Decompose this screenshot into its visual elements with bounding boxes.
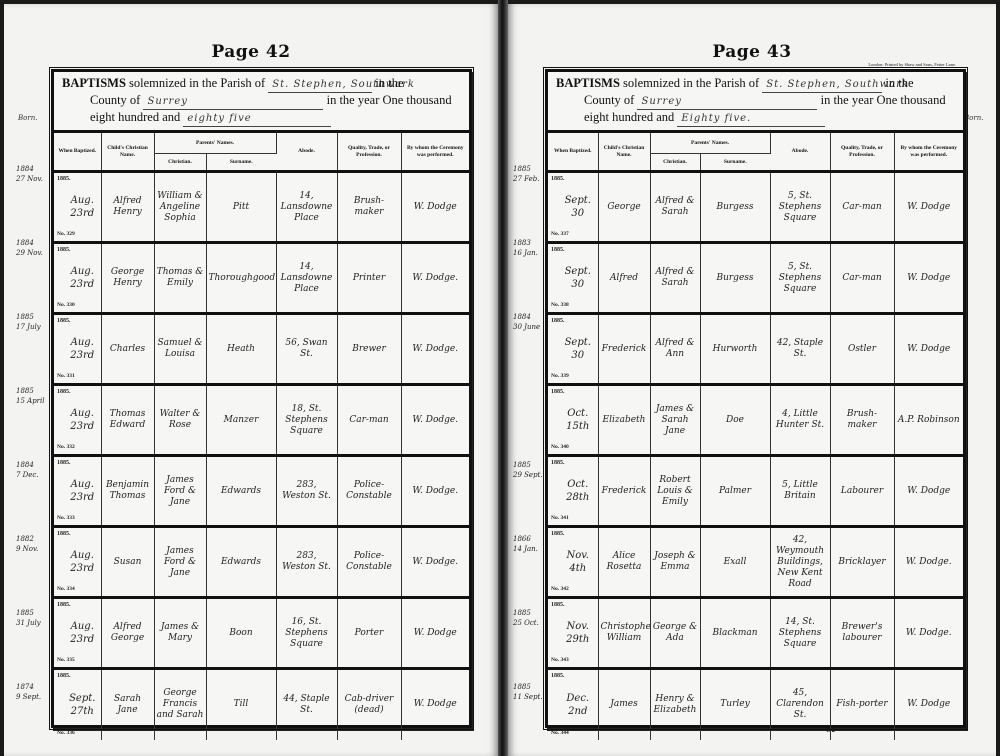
parents-surname: Heath xyxy=(206,314,276,385)
entry-year: 1885. xyxy=(551,458,565,469)
entry-number: No. 337 xyxy=(551,229,569,240)
parents-surname: Palmer xyxy=(700,456,770,527)
printer-note: London: Printed by Shaw and Sons, Fetter… xyxy=(868,62,956,67)
abode: 42, Staple St. xyxy=(770,314,830,385)
parents-surname: Boon xyxy=(206,598,276,669)
child-name: Alfred xyxy=(598,243,650,314)
when-baptized-cell: 1885.Aug. 23rdNo. 330 xyxy=(54,243,101,314)
parents-christian-names: Alfred & Ann xyxy=(650,314,700,385)
parents-surname: Blackman xyxy=(700,598,770,669)
col-parents: Parents' Names. xyxy=(650,133,770,154)
baptism-date: Aug. 23rd xyxy=(56,407,99,433)
table-row: 1885.Aug. 23rdNo. 334SusanJames Ford & J… xyxy=(54,527,469,598)
child-name: George Henry xyxy=(101,243,154,314)
entry-year: 1885. xyxy=(57,458,71,469)
baptism-register-table: BAPTISMS solemnized in the Parish of St.… xyxy=(51,69,472,728)
birth-date-note: 1882 9 Nov. xyxy=(16,534,38,554)
col-quality: Quality, Trade, or Profession. xyxy=(830,133,894,172)
entry-year: 1885. xyxy=(57,600,71,611)
birth-date-note: 1884 27 Nov. xyxy=(16,164,43,184)
year-field: eighty five xyxy=(183,112,331,127)
birth-date-note: 1885 31 July xyxy=(16,608,41,628)
officiant: W. Dodge xyxy=(894,172,963,243)
parents-christian-names: Walter & Rose xyxy=(154,385,206,456)
abode: 4, Little Hunter St. xyxy=(770,385,830,456)
table-row: 1885.Aug. 23rdNo. 330George HenryThomas … xyxy=(54,243,469,314)
entry-number: No. 339 xyxy=(551,371,569,382)
parents-christian-names: Henry & Elizabeth xyxy=(650,669,700,740)
entry-number: No. 335 xyxy=(57,655,75,666)
table-row: 1885.Aug. 23rdNo. 329Alfred HenryWilliam… xyxy=(54,172,469,243)
col-by-whom: By whom the Ceremony was performed. xyxy=(894,133,963,172)
abode: 14, St. Stephens Square xyxy=(770,598,830,669)
child-name: Sarah Jane xyxy=(101,669,154,740)
parents-christian-names: Alfred & Sarah xyxy=(650,172,700,243)
entry-number: No. 338 xyxy=(551,300,569,311)
child-name: Elizabeth xyxy=(598,385,650,456)
baptism-date: Aug. 23rd xyxy=(56,620,99,646)
trade: Brewer xyxy=(337,314,401,385)
baptism-date: Aug. 23rd xyxy=(56,265,99,291)
child-name: Susan xyxy=(101,527,154,598)
register-heading: BAPTISMS solemnized in the Parish of St.… xyxy=(548,72,963,133)
table-row: 1885.Oct. 15thNo. 340ElizabethJames & Sa… xyxy=(548,385,963,456)
when-baptized-cell: 1885.Oct. 28thNo. 341 xyxy=(548,456,598,527)
trade: Cab-driver (dead) xyxy=(337,669,401,740)
trade: Brush-maker xyxy=(830,385,894,456)
parents-christian-names: James & Mary xyxy=(154,598,206,669)
table-row: 1885.Aug. 23rdNo. 331CharlesSamuel & Lou… xyxy=(54,314,469,385)
abode: 45, Clarendon St. xyxy=(770,669,830,740)
officiant: W. Dodge xyxy=(894,314,963,385)
when-baptized-cell: 1885.Aug. 23rdNo. 329 xyxy=(54,172,101,243)
col-christian: Christian. xyxy=(650,154,700,172)
table-row: 1885.Sept. 30No. 338AlfredAlfred & Sarah… xyxy=(548,243,963,314)
child-name: Benjamin Thomas xyxy=(101,456,154,527)
col-abode: Abode. xyxy=(276,133,337,172)
entry-number: No. 333 xyxy=(57,513,75,524)
table-row: 1885.Aug. 23rdNo. 333Benjamin ThomasJame… xyxy=(54,456,469,527)
entry-year: 1885. xyxy=(57,387,71,398)
child-name: Alfred Henry xyxy=(101,172,154,243)
trade: Fish-porter xyxy=(830,669,894,740)
when-baptized-cell: 1885.Sept. 30No. 337 xyxy=(548,172,598,243)
heading-prefix: BAPTISMS xyxy=(556,76,620,90)
birth-date-note: 1885 27 Feb. xyxy=(513,164,539,184)
parents-christian-names: James Ford & Jane xyxy=(154,456,206,527)
baptism-date: Oct. 15th xyxy=(550,407,596,433)
trade: Police-Constable xyxy=(337,527,401,598)
heading-text: in the year One thousand xyxy=(821,93,946,107)
col-surname: Surname. xyxy=(206,154,276,172)
entry-year: 1885. xyxy=(551,671,565,682)
trade: Car-man xyxy=(830,243,894,314)
abode: 5, Little Britain xyxy=(770,456,830,527)
when-baptized-cell: 1885.Aug. 23rdNo. 333 xyxy=(54,456,101,527)
parents-surname: Doe xyxy=(700,385,770,456)
col-abode: Abode. xyxy=(770,133,830,172)
heading-prefix: BAPTISMS xyxy=(62,76,126,90)
county-field: Surrey xyxy=(143,95,323,110)
abode: 14, Lansdowne Place xyxy=(276,243,337,314)
officiant: W. Dodge. xyxy=(401,527,469,598)
baptism-date: Aug. 23rd xyxy=(56,194,99,220)
baptism-date: Dec. 2nd xyxy=(550,692,596,718)
table-row: 1885.Sept. 30No. 337GeorgeAlfred & Sarah… xyxy=(548,172,963,243)
parents-christian-names: James & Sarah Jane xyxy=(650,385,700,456)
entry-number: No. 332 xyxy=(57,442,75,453)
parents-christian-names: Robert Louis & Emily xyxy=(650,456,700,527)
baptism-date: Aug. 23rd xyxy=(56,336,99,362)
when-baptized-cell: 1885.Oct. 15thNo. 340 xyxy=(548,385,598,456)
birth-date-note: 1884 7 Dec. xyxy=(16,460,39,480)
birth-date-note: 1885 11 Sept. xyxy=(513,682,543,702)
col-child: Child's Christian Name. xyxy=(101,133,154,172)
baptism-date: Sept. 30 xyxy=(550,336,596,362)
trade: Police-Constable xyxy=(337,456,401,527)
table-row: 1885.Aug. 23rdNo. 332Thomas EdwardWalter… xyxy=(54,385,469,456)
baptism-date: Sept. 30 xyxy=(550,265,596,291)
col-surname: Surname. xyxy=(700,154,770,172)
when-baptized-cell: 1885.Sept. 27thNo. 336 xyxy=(54,669,101,740)
abode: 42, Weymouth Buildings, New Kent Road xyxy=(770,527,830,598)
born-label: Born. xyxy=(4,114,48,122)
officiant: W. Dodge. xyxy=(401,456,469,527)
table-row: 1885.Oct. 28thNo. 341FrederickRobert Lou… xyxy=(548,456,963,527)
parents-surname: Pitt xyxy=(206,172,276,243)
officiant: W. Dodge xyxy=(894,243,963,314)
parents-surname: Till xyxy=(206,669,276,740)
trade: Car-man xyxy=(830,172,894,243)
abode: 16, St. Stephens Square xyxy=(276,598,337,669)
officiant: W. Dodge. xyxy=(401,243,469,314)
birth-date-note: 1884 30 June xyxy=(513,312,540,332)
when-baptized-cell: 1885.Nov. 4thNo. 342 xyxy=(548,527,598,598)
parents-surname: Burgess xyxy=(700,172,770,243)
col-when: When Baptized. xyxy=(54,133,101,172)
birth-date-note: 1885 25 Oct. xyxy=(513,608,539,628)
child-name: Frederick xyxy=(598,314,650,385)
officiant: W. Dodge. xyxy=(894,527,963,598)
abode: 18, St. Stephens Square xyxy=(276,385,337,456)
officiant: W. Dodge xyxy=(401,669,469,740)
page-title: Page 42 xyxy=(4,42,498,62)
child-name: Frederick xyxy=(598,456,650,527)
parents-surname: Thoroughgood xyxy=(206,243,276,314)
child-name: Thomas Edward xyxy=(101,385,154,456)
entry-year: 1885. xyxy=(551,316,565,327)
parents-christian-names: James Ford & Jane xyxy=(154,527,206,598)
when-baptized-cell: 1885.Aug. 23rdNo. 332 xyxy=(54,385,101,456)
page-title: Page 43 xyxy=(508,42,996,62)
entry-year: 1885. xyxy=(57,671,71,682)
register-spread: Page 42 Born. 1884 27 Nov.1884 29 Nov.18… xyxy=(0,0,1000,756)
birth-date-note: 1885 29 Sept. xyxy=(513,460,543,480)
entries-table: When Baptized. Child's Christian Name. P… xyxy=(54,133,469,740)
county-field: Surrey xyxy=(637,95,817,110)
officiant: W. Dodge xyxy=(401,598,469,669)
child-name: Christopher William xyxy=(598,598,650,669)
abode: 283, Weston St. xyxy=(276,456,337,527)
col-christian: Christian. xyxy=(154,154,206,172)
when-baptized-cell: 1885.Aug. 23rdNo. 335 xyxy=(54,598,101,669)
entry-year: 1885. xyxy=(551,174,565,185)
table-row: 1885.Sept. 27thNo. 336Sarah JaneGeorge F… xyxy=(54,669,469,740)
abode: 56, Swan St. xyxy=(276,314,337,385)
when-baptized-cell: 1885.Sept. 30No. 339 xyxy=(548,314,598,385)
abode: 5, St. Stephens Square xyxy=(770,243,830,314)
entry-number: No. 334 xyxy=(57,584,75,595)
parents-surname: Turley xyxy=(700,669,770,740)
birth-date-note: 1883 16 Jan. xyxy=(513,238,538,258)
entry-year: 1885. xyxy=(551,600,565,611)
parents-christian-names: George & Ada xyxy=(650,598,700,669)
entry-number: No. 341 xyxy=(551,513,569,524)
page-42: Page 42 Born. 1884 27 Nov.1884 29 Nov.18… xyxy=(4,4,498,756)
abode: 5, St. Stephens Square xyxy=(770,172,830,243)
table-row: 1885.Nov. 29thNo. 343Christopher William… xyxy=(548,598,963,669)
child-name: James xyxy=(598,669,650,740)
table-row: 1885.Aug. 23rdNo. 335Alfred GeorgeJames … xyxy=(54,598,469,669)
heading-text: County of xyxy=(90,93,140,107)
trade: Bricklayer xyxy=(830,527,894,598)
child-name: Charles xyxy=(101,314,154,385)
entry-year: 1885. xyxy=(551,387,565,398)
col-child: Child's Christian Name. xyxy=(598,133,650,172)
col-quality: Quality, Trade, or Profession. xyxy=(337,133,401,172)
officiant: W. Dodge. xyxy=(401,385,469,456)
born-margin: Born. xyxy=(4,114,48,122)
entry-number: No. 331 xyxy=(57,371,75,382)
heading-text: eight hundred and xyxy=(584,110,674,124)
parents-christian-names: Alfred & Sarah xyxy=(650,243,700,314)
entry-year: 1885. xyxy=(57,245,71,256)
entry-year: 1885. xyxy=(551,529,565,540)
heading-text: in the xyxy=(375,76,403,90)
parents-christian-names: Samuel & Louisa xyxy=(154,314,206,385)
entry-number: No. 336 xyxy=(57,728,75,739)
parents-christian-names: Thomas & Emily xyxy=(154,243,206,314)
when-baptized-cell: 1885.Sept. 30No. 338 xyxy=(548,243,598,314)
baptism-register-table: BAPTISMS solemnized in the Parish of St.… xyxy=(545,69,966,728)
heading-text: eight hundred and xyxy=(90,110,180,124)
when-baptized-cell: 1885.Aug. 23rdNo. 331 xyxy=(54,314,101,385)
entry-number: No. 344 xyxy=(551,728,569,739)
parish-field: St. Stephen, Southwark xyxy=(268,78,372,93)
baptism-date: Oct. 28th xyxy=(550,478,596,504)
parish-field: St. Stephen, Southwark xyxy=(762,78,882,93)
trade: Printer xyxy=(337,243,401,314)
parents-surname: Hurworth xyxy=(700,314,770,385)
trade: Labourer xyxy=(830,456,894,527)
trade: Ostler xyxy=(830,314,894,385)
entries-table: When Baptized. Child's Christian Name. P… xyxy=(548,133,963,740)
trade: Car-man xyxy=(337,385,401,456)
birth-date-note: 1866 14 Jan. xyxy=(513,534,538,554)
parents-surname: Edwards xyxy=(206,527,276,598)
page-43: Page 43 London: Printed by Shaw and Sons… xyxy=(508,4,996,756)
trade: Brush-maker xyxy=(337,172,401,243)
year-field: Eighty five. xyxy=(677,112,825,127)
child-name: Alice Rosetta xyxy=(598,527,650,598)
baptism-date: Sept. 30 xyxy=(550,194,596,220)
col-parents: Parents' Names. xyxy=(154,133,276,154)
trade: Brewer's labourer xyxy=(830,598,894,669)
baptism-date: Aug. 23rd xyxy=(56,549,99,575)
abode: 283, Weston St. xyxy=(276,527,337,598)
entry-number: No. 329 xyxy=(57,229,75,240)
entry-number: No. 342 xyxy=(551,584,569,595)
table-row: 1885.Nov. 4thNo. 342Alice RosettaJoseph … xyxy=(548,527,963,598)
parents-christian-names: William & Angeline Sophia xyxy=(154,172,206,243)
birth-date-note: 1884 29 Nov. xyxy=(16,238,43,258)
abode: 14, Lansdowne Place xyxy=(276,172,337,243)
trade: Porter xyxy=(337,598,401,669)
entry-number: No. 343 xyxy=(551,655,569,666)
entry-year: 1885. xyxy=(57,174,71,185)
entry-year: 1885. xyxy=(57,316,71,327)
officiant: A.P. Robinson xyxy=(894,385,963,456)
parents-surname: Burgess xyxy=(700,243,770,314)
baptism-date: Aug. 23rd xyxy=(56,478,99,504)
officiant: W. Dodge xyxy=(401,172,469,243)
birth-date-note: 1885 17 July xyxy=(16,312,41,332)
col-when: When Baptized. xyxy=(548,133,598,172)
when-baptized-cell: 1885.Dec. 2ndNo. 344 xyxy=(548,669,598,740)
parents-surname: Manzer xyxy=(206,385,276,456)
parents-surname: Exall xyxy=(700,527,770,598)
heading-text: in the year One thousand xyxy=(327,93,452,107)
table-row: 1885.Dec. 2ndNo. 344JamesHenry & Elizabe… xyxy=(548,669,963,740)
entry-number: No. 340 xyxy=(551,442,569,453)
heading-text: in the xyxy=(885,76,913,90)
entry-year: 1885. xyxy=(551,245,565,256)
when-baptized-cell: 1885.Aug. 23rdNo. 334 xyxy=(54,527,101,598)
abode: 44, Staple St. xyxy=(276,669,337,740)
signature-mark: C 2 xyxy=(826,728,835,734)
parents-christian-names: George Francis and Sarah xyxy=(154,669,206,740)
birth-date-note: 1885 15 April xyxy=(16,386,45,406)
child-name: George xyxy=(598,172,650,243)
baptism-date: Nov. 4th xyxy=(550,549,596,575)
table-row: 1885.Sept. 30No. 339FrederickAlfred & An… xyxy=(548,314,963,385)
col-by-whom: By whom the Ceremony was performed. xyxy=(401,133,469,172)
parents-christian-names: Joseph & Emma xyxy=(650,527,700,598)
when-baptized-cell: 1885.Nov. 29thNo. 343 xyxy=(548,598,598,669)
baptism-date: Sept. 27th xyxy=(56,692,99,718)
entry-number: No. 330 xyxy=(57,300,75,311)
heading-text: solemnized in the Parish of xyxy=(129,76,265,90)
register-heading: BAPTISMS solemnized in the Parish of St.… xyxy=(54,72,469,133)
entry-year: 1885. xyxy=(57,529,71,540)
heading-text: County of xyxy=(584,93,634,107)
book-gutter xyxy=(498,0,508,756)
officiant: W. Dodge. xyxy=(401,314,469,385)
baptism-date: Nov. 29th xyxy=(550,620,596,646)
officiant: W. Dodge. xyxy=(894,598,963,669)
birth-date-note: 1874 9 Sept. xyxy=(16,682,41,702)
officiant: W. Dodge xyxy=(894,669,963,740)
child-name: Alfred George xyxy=(101,598,154,669)
parents-surname: Edwards xyxy=(206,456,276,527)
heading-text: solemnized in the Parish of xyxy=(623,76,759,90)
officiant: W. Dodge xyxy=(894,456,963,527)
